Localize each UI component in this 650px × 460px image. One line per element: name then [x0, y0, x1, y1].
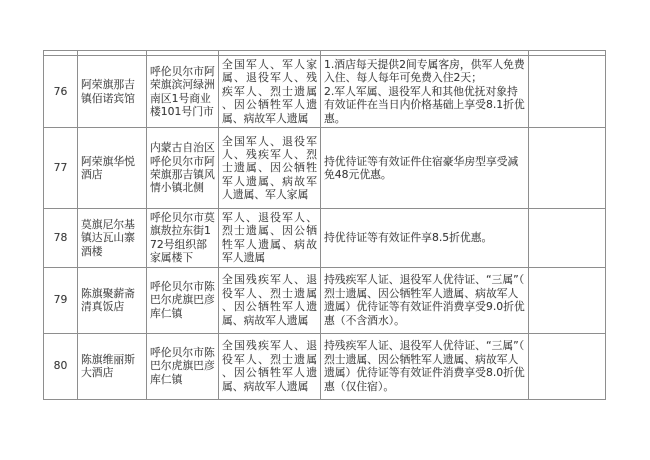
cell-discount-policy: 持残疾军人证、退役军人优待证、“三属”（烈士遗属、因公牺牲军人遗属、病故军人遗属…	[321, 333, 529, 399]
cell-address: 呼伦贝尔市阿荣旗滨河绿洲南区1号商业楼101号门市	[147, 56, 219, 128]
cell-notes	[529, 333, 606, 399]
cell-seq: 78	[44, 209, 78, 268]
cell-seq: 79	[44, 267, 78, 333]
cell-eligible-groups: 全国残疾军人、退役军人、烈士遗属、因公牺牲军人遗属、病故军人遗属	[219, 267, 321, 333]
table-row: 77 阿荣旗华悦酒店 内蒙古自治区呼伦贝尔市阿荣旗那吉镇风情小镇北侧 全国军人、…	[44, 128, 606, 209]
cell-notes	[529, 267, 606, 333]
cell-eligible-groups: 军人、退役军人、烈士遗属、因公牺牲军人遗属、病故军人遗属	[219, 209, 321, 268]
cell-eligible-groups: 全国残疾军人、退役军人、烈士遗属、因公牺牲军人遗属、病故军人遗属	[219, 333, 321, 399]
cell-seq: 76	[44, 56, 78, 128]
cell-hotel-name: 陈旗聚薪斋清真饭店	[78, 267, 147, 333]
cell-discount-policy: 1.酒店每天提供2间专属客房，供军人免费入住、每人每年可免费入住2天； 2.军人…	[321, 56, 529, 128]
cell-discount-policy: 持优待证等有效证件住宿豪华房型享受减免48元优惠。	[321, 128, 529, 209]
cell-notes	[529, 128, 606, 209]
cell-eligible-groups: 全国军人、军人家属、退役军人、残疾军人、烈士遗属、因公牺牲军人遗属、病故军人遗属	[219, 56, 321, 128]
cell-discount-policy: 持残疾军人证、退役军人优待证、“三属”（烈士遗属、因公牺牲军人遗属、病故军人遗属…	[321, 267, 529, 333]
cell-discount-policy: 持优待证等有效证件享8.5折优惠。	[321, 209, 529, 268]
cell-address: 内蒙古自治区呼伦贝尔市阿荣旗那吉镇风情小镇北侧	[147, 128, 219, 209]
cell-hotel-name: 阿荣旗华悦酒店	[78, 128, 147, 209]
table-row: 79 陈旗聚薪斋清真饭店 呼伦贝尔市陈巴尔虎旗巴彦库仁镇 全国残疾军人、退役军人…	[44, 267, 606, 333]
cell-hotel-name: 阿荣旗那吉镇佰诺宾馆	[78, 56, 147, 128]
cell-hotel-name: 莫旗尼尔基镇达瓦山寨酒楼	[78, 209, 147, 268]
hotel-discount-table: 76 阿荣旗那吉镇佰诺宾馆 呼伦贝尔市阿荣旗滨河绿洲南区1号商业楼101号门市 …	[43, 50, 606, 400]
cell-notes	[529, 56, 606, 128]
cell-address: 呼伦贝尔市莫旗敖拉东街172号组织部家属楼下	[147, 209, 219, 268]
cell-eligible-groups: 全国军人、退役军人、残疾军人、烈士遗属、因公牺牲军人遗属、病故军人遗属、军人家属	[219, 128, 321, 209]
cell-seq: 80	[44, 333, 78, 399]
table-row: 78 莫旗尼尔基镇达瓦山寨酒楼 呼伦贝尔市莫旗敖拉东街172号组织部家属楼下 军…	[44, 209, 606, 268]
cell-address: 呼伦贝尔市陈巴尔虎旗巴彦库仁镇	[147, 333, 219, 399]
cell-notes	[529, 209, 606, 268]
cell-address: 呼伦贝尔市陈巴尔虎旗巴彦库仁镇	[147, 267, 219, 333]
cell-hotel-name: 陈旗维丽斯大酒店	[78, 333, 147, 399]
document-page: 76 阿荣旗那吉镇佰诺宾馆 呼伦贝尔市阿荣旗滨河绿洲南区1号商业楼101号门市 …	[0, 0, 650, 460]
table-row: 80 陈旗维丽斯大酒店 呼伦贝尔市陈巴尔虎旗巴彦库仁镇 全国残疾军人、退役军人、…	[44, 333, 606, 399]
table-row: 76 阿荣旗那吉镇佰诺宾馆 呼伦贝尔市阿荣旗滨河绿洲南区1号商业楼101号门市 …	[44, 56, 606, 128]
cell-seq: 77	[44, 128, 78, 209]
